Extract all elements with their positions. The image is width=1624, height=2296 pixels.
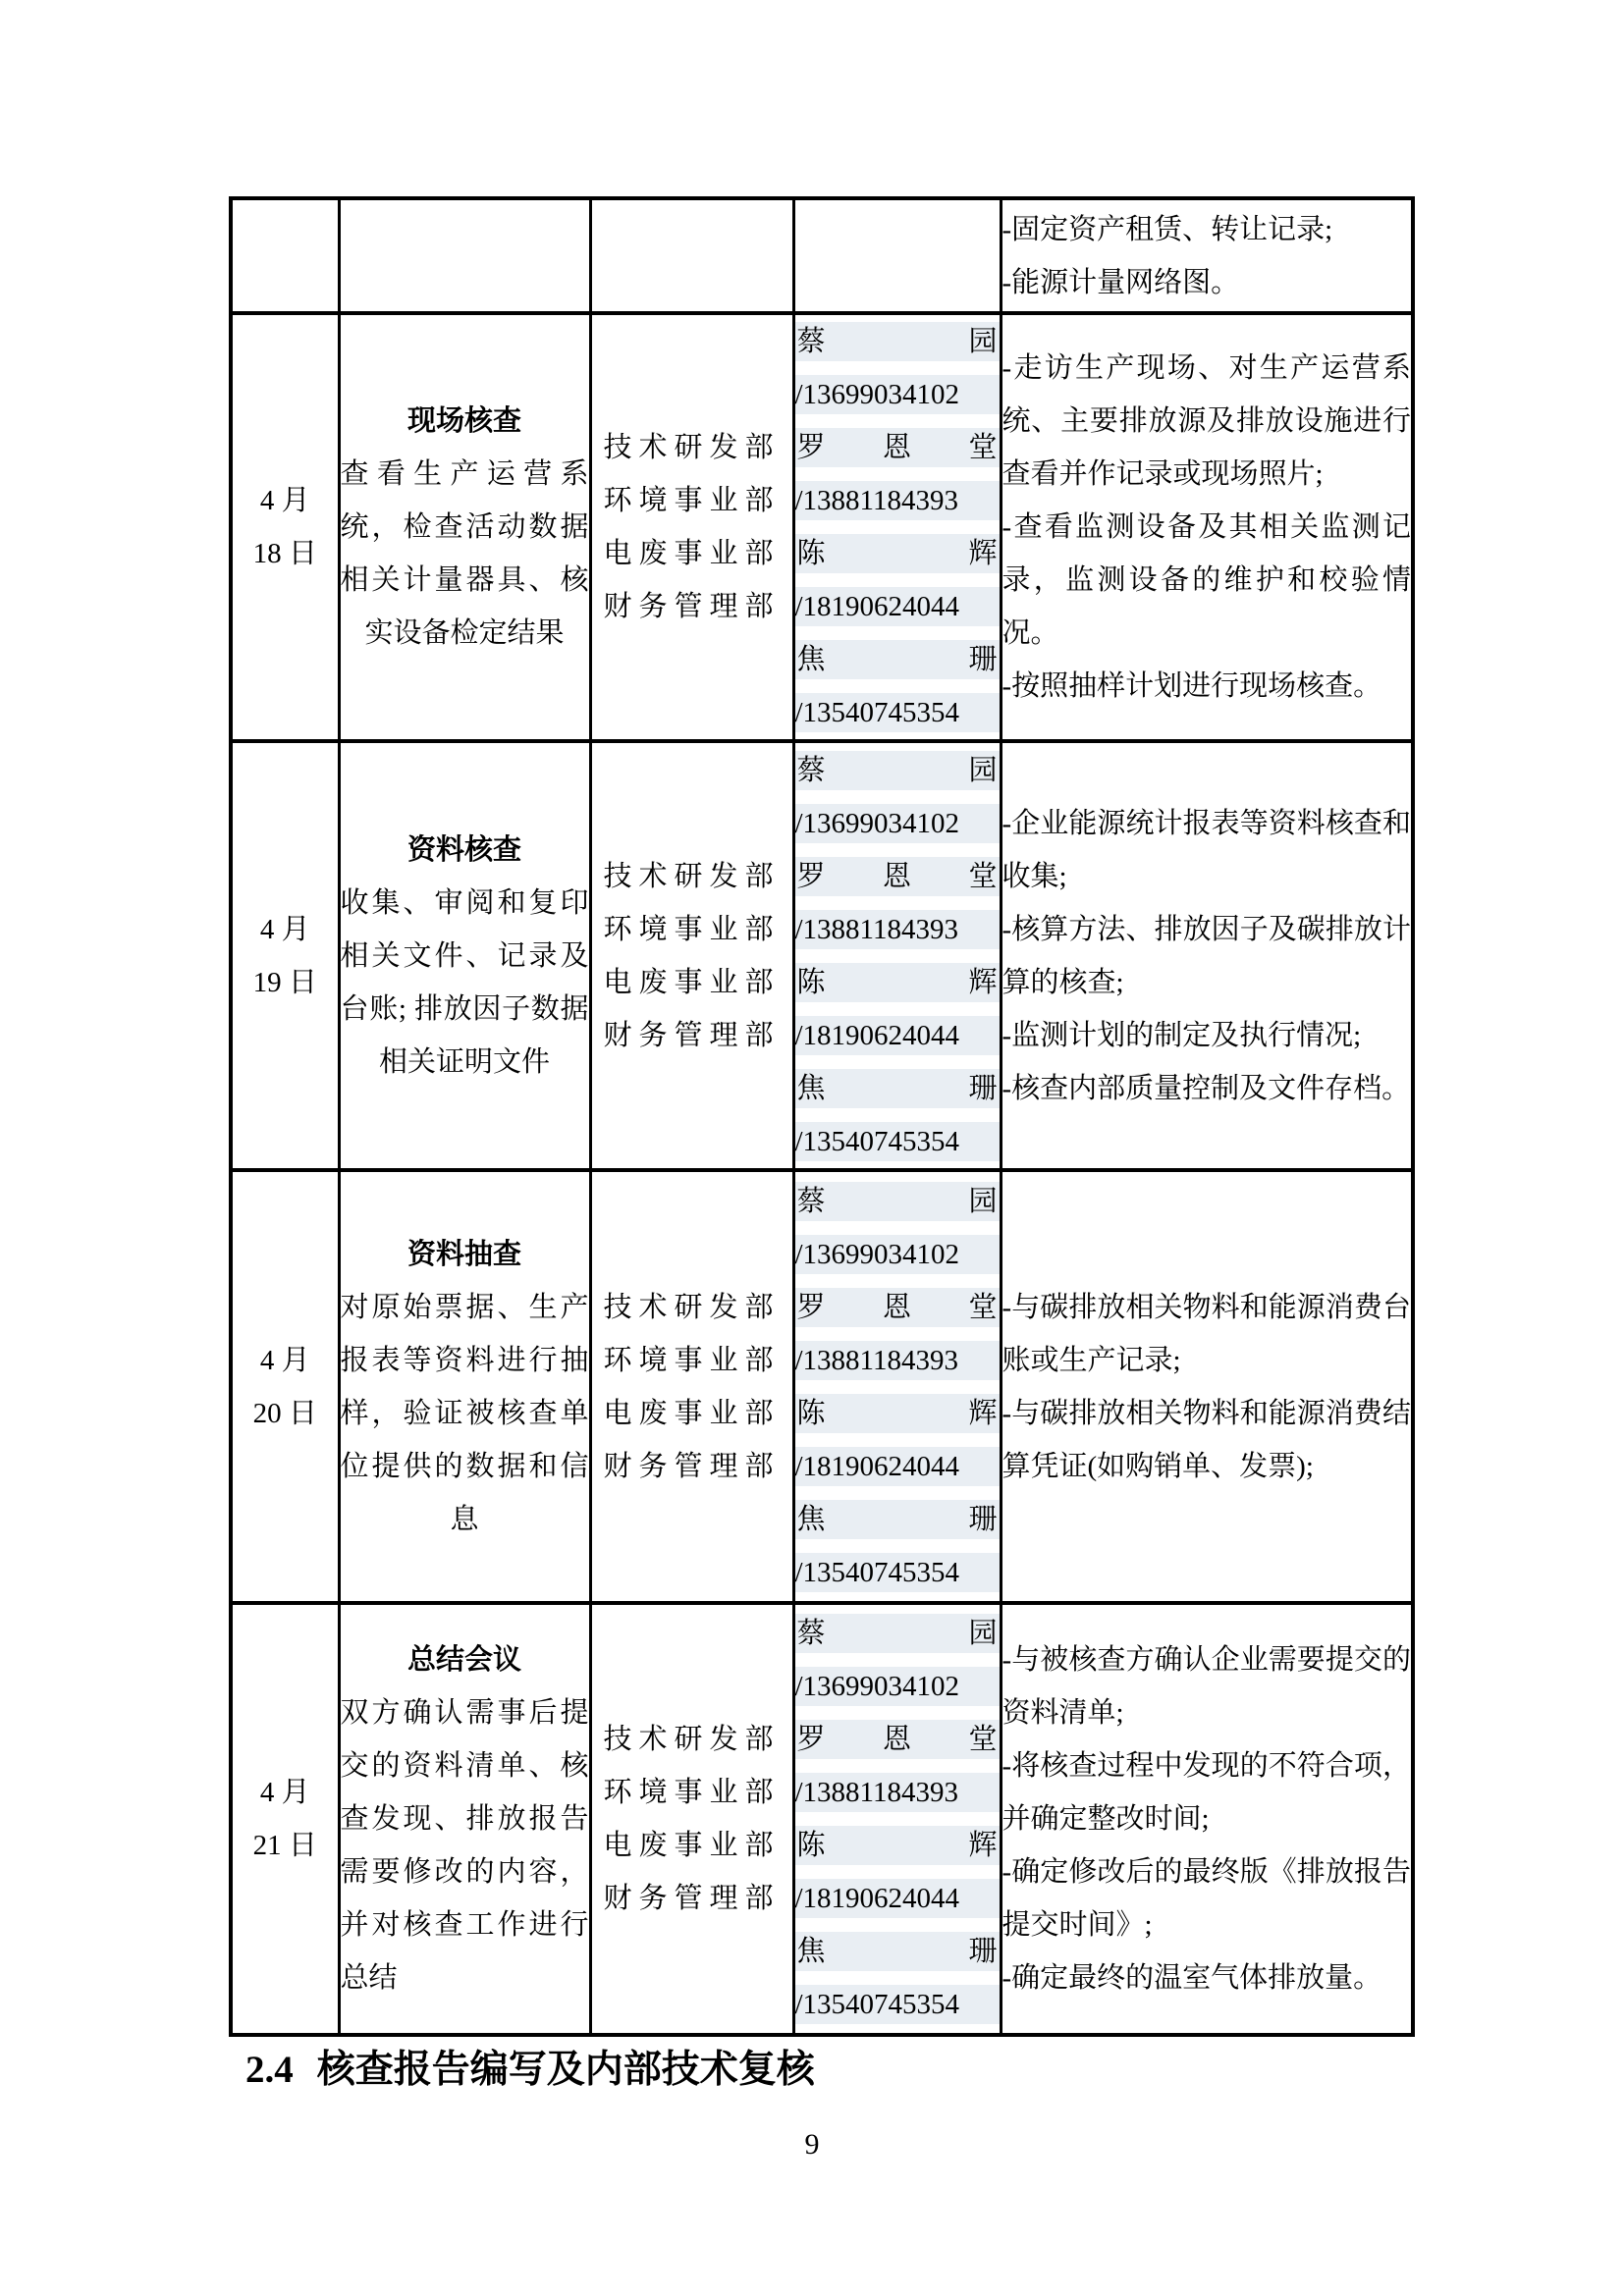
contact-name-char: 辉 (968, 527, 997, 580)
contact-name: 罗恩堂 (795, 1713, 1000, 1766)
department-name: 电废事业部 (592, 527, 792, 580)
contact-phone-band: /13699034102 (795, 375, 1000, 414)
contact-phone: /13699034102 (795, 368, 1000, 421)
contact-phone-text: /13540745354 (795, 1115, 960, 1168)
scope-item: -核算方法、排放因子及碳排放计算的核查; (1002, 903, 1412, 1009)
scope-cell: -企业能源统计报表等资料核查和收集;-核算方法、排放因子及碳排放计算的核查;-监… (1001, 741, 1413, 1170)
department-name: 环境事业部 (592, 1334, 792, 1387)
contact-phone-band: /13540745354 (795, 693, 1000, 732)
contact-phone-text: /13699034102 (795, 1660, 960, 1713)
contact-name-band: 蔡园 (795, 1614, 1000, 1653)
contact-name-char: 陈 (797, 1387, 826, 1440)
department-name: 财务管理部 (592, 1440, 792, 1493)
contact-name: 罗恩堂 (795, 421, 1000, 474)
date-text: 19 日 (233, 956, 338, 1009)
contact-name-band: 陈辉 (795, 1394, 1000, 1433)
date-cell: 4 月19 日 (231, 741, 339, 1170)
contact-name: 蔡园 (795, 744, 1000, 797)
contact-name-char: 恩 (883, 1713, 911, 1766)
contact-name-band: 焦珊 (795, 1932, 1000, 1971)
date-cell: 4 月20 日 (231, 1170, 339, 1603)
scope-item: -企业能源统计报表等资料核查和收集; (1002, 797, 1412, 903)
activity-description: 双方确认需事后提交的资料清单、核查发现、排放报告需要修改的内容，并对核查工作进行… (341, 1686, 589, 2004)
contact-name: 焦珊 (795, 633, 1000, 686)
contact-name-char: 堂 (968, 1713, 997, 1766)
contact-name-band: 焦珊 (795, 1069, 1000, 1108)
activity-description: 对原始票据、生产报表等资料进行抽样，验证被核查单位提供的数据和信息 (341, 1281, 589, 1546)
contact-name: 焦珊 (795, 1062, 1000, 1115)
department-name: 环境事业部 (592, 474, 792, 527)
contact-phone: /13699034102 (795, 797, 1000, 850)
contacts-cell: 蔡园/13699034102罗恩堂/13881184393陈辉/18190624… (793, 1170, 1001, 1603)
contact-phone: /18190624044 (795, 1872, 1000, 1925)
date-text: 4 月 (233, 903, 338, 956)
contact-name-char: 辉 (968, 1387, 997, 1440)
table-row: 4 月21 日总结会议双方确认需事后提交的资料清单、核查发现、排放报告需要修改的… (231, 1603, 1413, 2035)
departments-cell: 技术研发部环境事业部电废事业部财务管理部 (590, 313, 793, 741)
scope-item: -确定修改后的最终版《排放报告提交时间》; (1002, 1845, 1412, 1951)
contact-phone-band: /13881184393 (795, 1341, 1000, 1380)
contact-name-band: 焦珊 (795, 640, 1000, 679)
activity-description: 收集、审阅和复印相关文件、记录及台账; 排放因子数据相关证明文件 (341, 877, 589, 1089)
date-text: 20 日 (233, 1387, 338, 1440)
contact-name: 焦珊 (795, 1493, 1000, 1546)
activity-description: 查看生产运营系统，检查活动数据相关计量器具、核实设备检定结果 (341, 448, 589, 660)
department-name: 电废事业部 (592, 956, 792, 1009)
contact-name-char: 堂 (968, 850, 997, 903)
activity-cell: 总结会议双方确认需事后提交的资料清单、核查发现、排放报告需要修改的内容，并对核查… (339, 1603, 590, 2035)
contact-name-char: 焦 (797, 1062, 826, 1115)
scope-cell: -固定资产租赁、转让记录;-能源计量网络图。 (1001, 198, 1413, 313)
date-text: 4 月 (233, 1766, 338, 1819)
contact-name-char: 珊 (968, 1062, 997, 1115)
date-text: 18 日 (233, 527, 338, 580)
activity-title: 资料抽查 (341, 1228, 589, 1281)
contact-name-char: 园 (968, 315, 997, 368)
contact-phone-text: /13699034102 (795, 797, 960, 850)
date-text: 21 日 (233, 1819, 338, 1872)
contact-name-band: 焦珊 (795, 1500, 1000, 1539)
contact-name: 陈辉 (795, 956, 1000, 1009)
contact-phone: /18190624044 (795, 580, 1000, 633)
department-name: 技术研发部 (592, 1281, 792, 1334)
contact-name-char: 珊 (968, 1925, 997, 1978)
department-name: 技术研发部 (592, 421, 792, 474)
contact-phone-text: /18190624044 (795, 1009, 960, 1062)
contact-phone-text: /13881184393 (795, 474, 958, 527)
activity-title: 现场核查 (341, 395, 589, 448)
table-row: 4 月20 日资料抽查对原始票据、生产报表等资料进行抽样，验证被核查单位提供的数… (231, 1170, 1413, 1603)
contact-phone-band: /13540745354 (795, 1985, 1000, 2024)
contact-name-char: 园 (968, 1175, 997, 1228)
activity-cell: 资料核查收集、审阅和复印相关文件、记录及台账; 排放因子数据相关证明文件 (339, 741, 590, 1170)
contact-phone-text: /13699034102 (795, 1228, 960, 1281)
contact-name-band: 罗恩堂 (795, 1288, 1000, 1327)
contact-phone-text: /13540745354 (795, 686, 960, 739)
contact-name: 蔡园 (795, 1607, 1000, 1660)
contact-name-band: 陈辉 (795, 534, 1000, 573)
contacts-cell: 蔡园/13699034102罗恩堂/13881184393陈辉/18190624… (793, 741, 1001, 1170)
contacts-cell: 蔡园/13699034102罗恩堂/13881184393陈辉/18190624… (793, 1603, 1001, 2035)
scope-item: -将核查过程中发现的不符合项，并确定整改时间; (1002, 1739, 1412, 1845)
dept-cell-empty (590, 198, 793, 313)
contact-phone: /13881184393 (795, 903, 1000, 956)
contact-name-char: 焦 (797, 1925, 826, 1978)
contact-name-char: 恩 (883, 421, 911, 474)
contact-name: 陈辉 (795, 1819, 1000, 1872)
contact-phone-text: /18190624044 (795, 1440, 960, 1493)
department-name: 环境事业部 (592, 903, 792, 956)
contact-name-char: 焦 (797, 1493, 826, 1546)
contact-name-char: 罗 (797, 421, 826, 474)
contact-name-char: 蔡 (797, 315, 826, 368)
contact-name: 罗恩堂 (795, 1281, 1000, 1334)
scope-item: -与碳排放相关物料和能源消费台账或生产记录; (1002, 1281, 1412, 1387)
scope-item: -确定最终的温室气体排放量。 (1002, 1951, 1412, 2004)
contact-name-char: 蔡 (797, 744, 826, 797)
date-text: 4 月 (233, 1334, 338, 1387)
contact-phone-band: /13881184393 (795, 910, 1000, 949)
scope-item: -与碳排放相关物料和能源消费结算凭证(如购销单、发票); (1002, 1387, 1412, 1493)
contact-name: 陈辉 (795, 527, 1000, 580)
contact-phone: /13881184393 (795, 474, 1000, 527)
activity-cell-empty (339, 198, 590, 313)
contact-name-char: 陈 (797, 527, 826, 580)
contact-name-band: 陈辉 (795, 1826, 1000, 1865)
contact-name: 蔡园 (795, 315, 1000, 368)
table-row-continuation: -固定资产租赁、转让记录;-能源计量网络图。 (231, 198, 1413, 313)
contact-phone-band: /13699034102 (795, 1235, 1000, 1274)
departments-cell: 技术研发部环境事业部电废事业部财务管理部 (590, 741, 793, 1170)
contact-name-char: 罗 (797, 1281, 826, 1334)
contact-name-char: 珊 (968, 1493, 997, 1546)
department-name: 财务管理部 (592, 1872, 792, 1925)
department-name: 财务管理部 (592, 1009, 792, 1062)
scope-item: -与被核查方确认企业需要提交的资料清单; (1002, 1633, 1412, 1739)
scope-cell: -与被核查方确认企业需要提交的资料清单;-将核查过程中发现的不符合项，并确定整改… (1001, 1603, 1413, 2035)
departments-cell: 技术研发部环境事业部电废事业部财务管理部 (590, 1170, 793, 1603)
department-name: 技术研发部 (592, 850, 792, 903)
scope-item: -能源计量网络图。 (1002, 256, 1412, 309)
contact-phone-band: /13699034102 (795, 1667, 1000, 1706)
contact-phone: /18190624044 (795, 1440, 1000, 1493)
date-text: 4 月 (233, 474, 338, 527)
contact-name-char: 恩 (883, 850, 911, 903)
contact-phone-text: /13540745354 (795, 1978, 960, 2031)
section-title: 核查报告编写及内部技术复核 (317, 2049, 815, 2091)
contact-name-band: 罗恩堂 (795, 857, 1000, 896)
section-heading: 2.4核查报告编写及内部技术复核 (245, 2047, 815, 2094)
scope-item: -核查内部质量控制及文件存档。 (1002, 1062, 1412, 1115)
department-name: 技术研发部 (592, 1713, 792, 1766)
contact-name: 焦珊 (795, 1925, 1000, 1978)
scope-item: -按照抽样计划进行现场核查。 (1002, 660, 1412, 713)
contact-phone-text: /18190624044 (795, 580, 960, 633)
contact-name-char: 罗 (797, 1713, 826, 1766)
contact-name-char: 陈 (797, 1819, 826, 1872)
date-cell: 4 月21 日 (231, 1603, 339, 2035)
contact-phone-text: /13699034102 (795, 368, 960, 421)
contact-name-band: 罗恩堂 (795, 428, 1000, 467)
department-name: 电废事业部 (592, 1387, 792, 1440)
contact-phone-band: /18190624044 (795, 1447, 1000, 1486)
contact-name-char: 园 (968, 744, 997, 797)
contact-phone-text: /13881184393 (795, 1334, 958, 1387)
contact-phone: /13540745354 (795, 1115, 1000, 1168)
contact-phone-text: /18190624044 (795, 1872, 960, 1925)
contact-name-band: 蔡园 (795, 322, 1000, 361)
department-name: 财务管理部 (592, 580, 792, 633)
scope-cell: -与碳排放相关物料和能源消费台账或生产记录;-与碳排放相关物料和能源消费结算凭证… (1001, 1170, 1413, 1603)
contact-phone-band: /13881184393 (795, 481, 1000, 520)
department-name: 电废事业部 (592, 1819, 792, 1872)
document-page: -固定资产租赁、转让记录;-能源计量网络图。4 月18 日现场核查查看生产运营系… (0, 0, 1624, 2296)
contact-phone-text: /13881184393 (795, 903, 958, 956)
contact-name-band: 蔡园 (795, 751, 1000, 790)
department-name: 环境事业部 (592, 1766, 792, 1819)
contact-name: 蔡园 (795, 1175, 1000, 1228)
contact-phone: /13540745354 (795, 1978, 1000, 2031)
activity-cell: 资料抽查对原始票据、生产报表等资料进行抽样，验证被核查单位提供的数据和信息 (339, 1170, 590, 1603)
contact-phone-band: /13540745354 (795, 1122, 1000, 1161)
scope-cell: -走访生产现场、对生产运营系统、主要排放源及排放设施进行查看并作记录或现场照片;… (1001, 313, 1413, 741)
table-body: -固定资产租赁、转让记录;-能源计量网络图。4 月18 日现场核查查看生产运营系… (231, 198, 1413, 2035)
contact-phone-band: /18190624044 (795, 587, 1000, 626)
contact-phone-band: /13881184393 (795, 1773, 1000, 1812)
contact-name-char: 堂 (968, 421, 997, 474)
contact-phone-band: /18190624044 (795, 1879, 1000, 1918)
contact-name-char: 辉 (968, 956, 997, 1009)
date-cell-empty (231, 198, 339, 313)
contact-phone-band: /18190624044 (795, 1016, 1000, 1055)
contact-phone: /13881184393 (795, 1766, 1000, 1819)
contact-name-char: 蔡 (797, 1607, 826, 1660)
scope-item: -监测计划的制定及执行情况; (1002, 1009, 1412, 1062)
contact-name-char: 辉 (968, 1819, 997, 1872)
contact-phone: /13699034102 (795, 1660, 1000, 1713)
contact-phone-text: /13540745354 (795, 1546, 960, 1599)
scope-item: -查看监测设备及其相关监测记录，监测设备的维护和校验情况。 (1002, 501, 1412, 660)
section-number: 2.4 (245, 2049, 294, 2091)
departments-cell: 技术研发部环境事业部电废事业部财务管理部 (590, 1603, 793, 2035)
contact-name: 陈辉 (795, 1387, 1000, 1440)
table-row: 4 月18 日现场核查查看生产运营系统，检查活动数据相关计量器具、核实设备检定结… (231, 313, 1413, 741)
scope-item: -走访生产现场、对生产运营系统、主要排放源及排放设施进行查看并作记录或现场照片; (1002, 342, 1412, 501)
date-cell: 4 月18 日 (231, 313, 339, 741)
contact-name-char: 恩 (883, 1281, 911, 1334)
contact-phone: /18190624044 (795, 1009, 1000, 1062)
contact-name-char: 焦 (797, 633, 826, 686)
contact-name: 罗恩堂 (795, 850, 1000, 903)
page-number: 9 (0, 2125, 1624, 2164)
contact-name-char: 罗 (797, 850, 826, 903)
verification-schedule-table: -固定资产租赁、转让记录;-能源计量网络图。4 月18 日现场核查查看生产运营系… (229, 196, 1415, 2037)
contact-name-char: 珊 (968, 633, 997, 686)
contact-phone-text: /13881184393 (795, 1766, 958, 1819)
contact-name-band: 陈辉 (795, 963, 1000, 1002)
contact-name-char: 园 (968, 1607, 997, 1660)
contact-phone: /13540745354 (795, 1546, 1000, 1599)
contact-phone: /13881184393 (795, 1334, 1000, 1387)
contact-phone: /13699034102 (795, 1228, 1000, 1281)
contact-name-char: 蔡 (797, 1175, 826, 1228)
contact-name-char: 陈 (797, 956, 826, 1009)
contact-cell-empty (793, 198, 1001, 313)
table-row: 4 月19 日资料核查收集、审阅和复印相关文件、记录及台账; 排放因子数据相关证… (231, 741, 1413, 1170)
contact-phone: /13540745354 (795, 686, 1000, 739)
contact-name-band: 罗恩堂 (795, 1720, 1000, 1759)
contact-phone-band: /13540745354 (795, 1553, 1000, 1592)
activity-title: 总结会议 (341, 1633, 589, 1686)
contacts-cell: 蔡园/13699034102罗恩堂/13881184393陈辉/18190624… (793, 313, 1001, 741)
activity-cell: 现场核查查看生产运营系统，检查活动数据相关计量器具、核实设备检定结果 (339, 313, 590, 741)
contact-name-char: 堂 (968, 1281, 997, 1334)
activity-title: 资料核查 (341, 824, 589, 877)
contact-phone-band: /13699034102 (795, 804, 1000, 843)
contact-name-band: 蔡园 (795, 1182, 1000, 1221)
scope-item: -固定资产租赁、转让记录; (1002, 203, 1412, 256)
